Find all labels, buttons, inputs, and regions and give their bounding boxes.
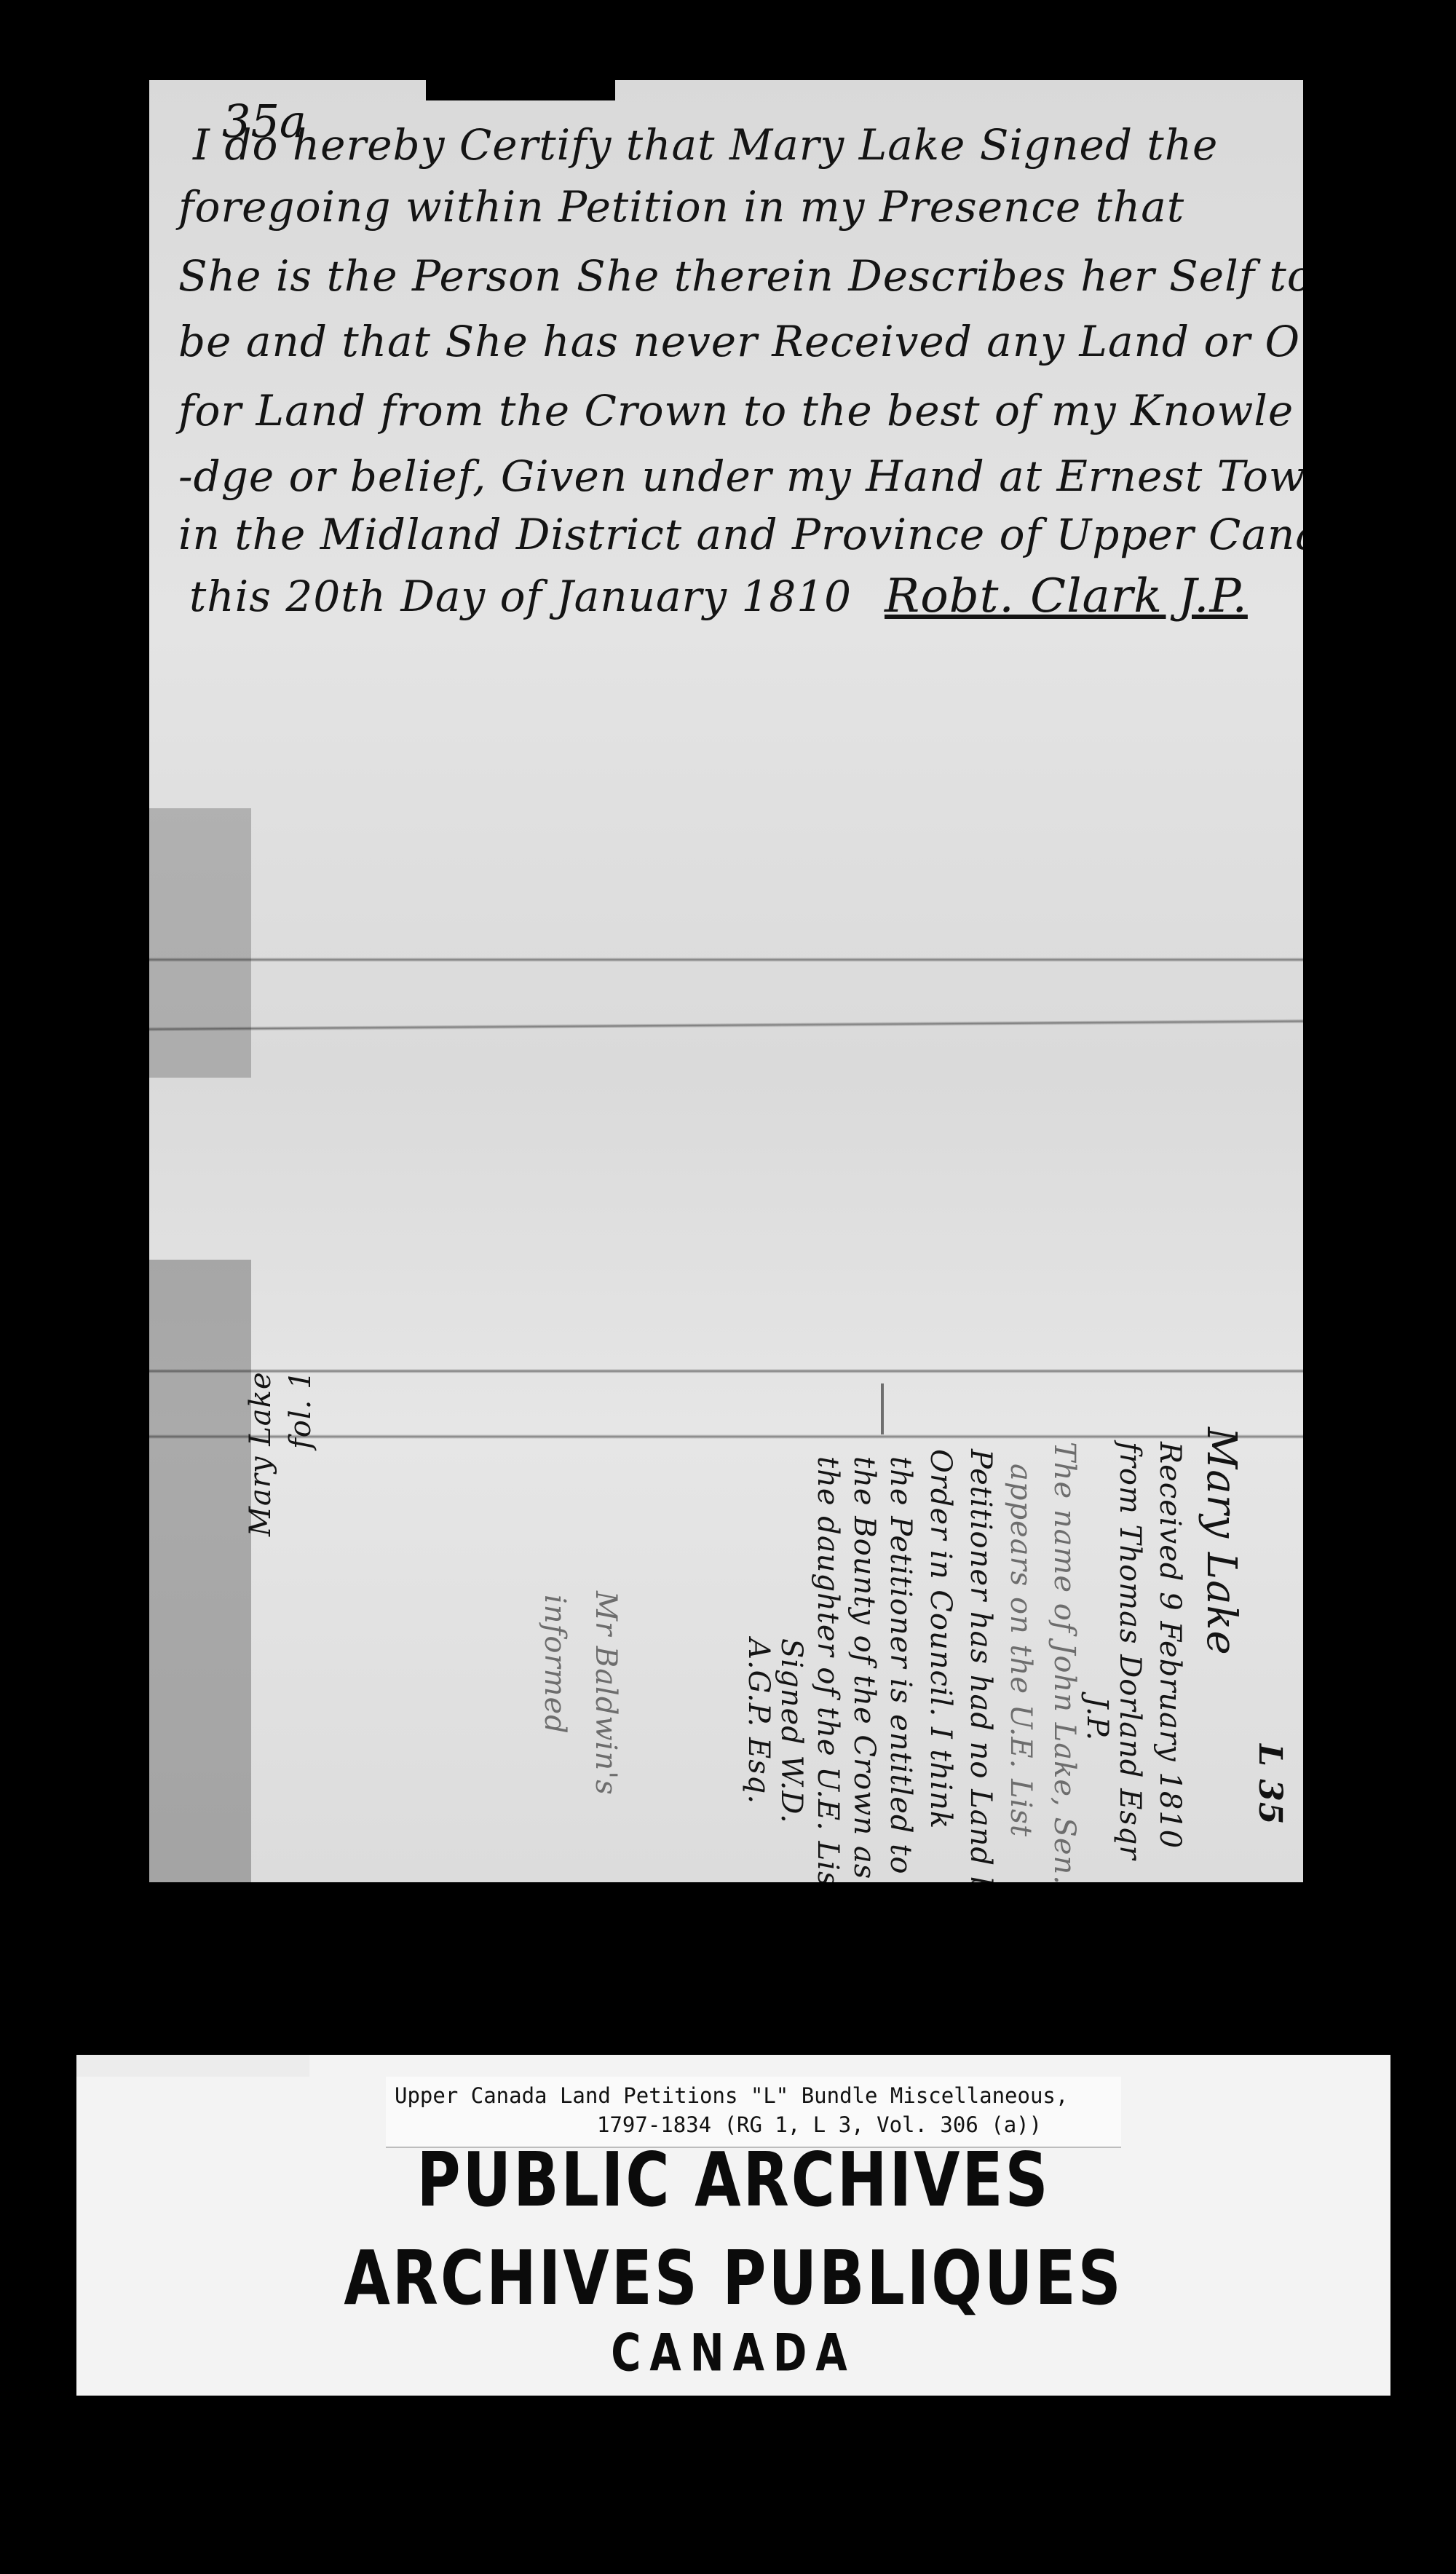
collection-line: Upper Canada Land Petitions "L" Bundle M… [395,2081,1068,2110]
docket-line: The name of John Lake, Sen. [1048,1442,1081,1882]
faint-note: Mr Baldwin's [589,1591,622,1796]
stamp-english: PUBLIC ARCHIVES [76,2137,1390,2224]
docket-line: Received 9 February 1810 [1153,1442,1187,1849]
petition-sheet: 35a I do hereby Certify that Mary Lake S… [149,80,1303,1882]
stamp-country: CANADA [76,2324,1390,2383]
fold-line [149,1369,1303,1373]
tab-shadow [149,1260,251,1882]
docket-line: Order in Council. I think [924,1449,957,1829]
file-reference: L 35 [1251,1744,1289,1825]
docket-line: the daughter of the U.E. List [811,1456,844,1882]
tab-note-folio: fol. 1 [284,1370,317,1449]
faint-note: informed [538,1595,571,1734]
certificate-date: this 20th Day of January 1810 [189,572,852,621]
docket-line: J.P. [1080,1697,1114,1741]
docket-line: from Thomas Dorland Esqr [1113,1442,1147,1860]
docket-line: the Petitioner is entitled to [884,1456,917,1874]
certificate-line: be and that She has never Received any L… [178,317,1303,366]
signature: Robt. Clark J.P. [885,569,1248,623]
archive-label: Upper Canada Land Petitions "L" Bundle M… [76,2055,1390,2396]
fold-line [149,1019,1303,1031]
docket-name: Mary Lake [1198,1427,1245,1656]
fold-line [149,1434,1303,1439]
docket-line: Petitioner has had no Land by [964,1449,997,1882]
label-tab [76,2055,309,2077]
certificate-line: for Land from the Crown to the best of m… [178,386,1294,435]
certificate-line: She is the Person She therein Describes … [178,251,1303,301]
certificate-line: -dge or belief, Given under my Hand at E… [178,451,1303,501]
shadow-strip [149,808,251,1078]
docket-line: A.G.P. Esq. [742,1638,775,1804]
docket-line: the Bounty of the Crown as [847,1456,881,1879]
collection-reference: 1797-1834 (RG 1, L 3, Vol. 306 (a)) [597,2110,1042,2139]
torn-edge [426,80,615,100]
docket-line: Signed W.D. [775,1638,808,1824]
certificate-line: in the Midland District and Province of … [178,510,1303,559]
certificate-line: foregoing within Petition in my Presence… [178,182,1184,232]
tab-note-name: Mary Lake [244,1371,277,1536]
fold-line [149,958,1303,962]
ink-mark [881,1383,884,1434]
stamp-french: ARCHIVES PUBLIQUES [76,2235,1390,2322]
docket-line: appears on the U.E. List [1004,1464,1037,1837]
certificate-line: I do hereby Certify that Mary Lake Signe… [193,120,1218,170]
